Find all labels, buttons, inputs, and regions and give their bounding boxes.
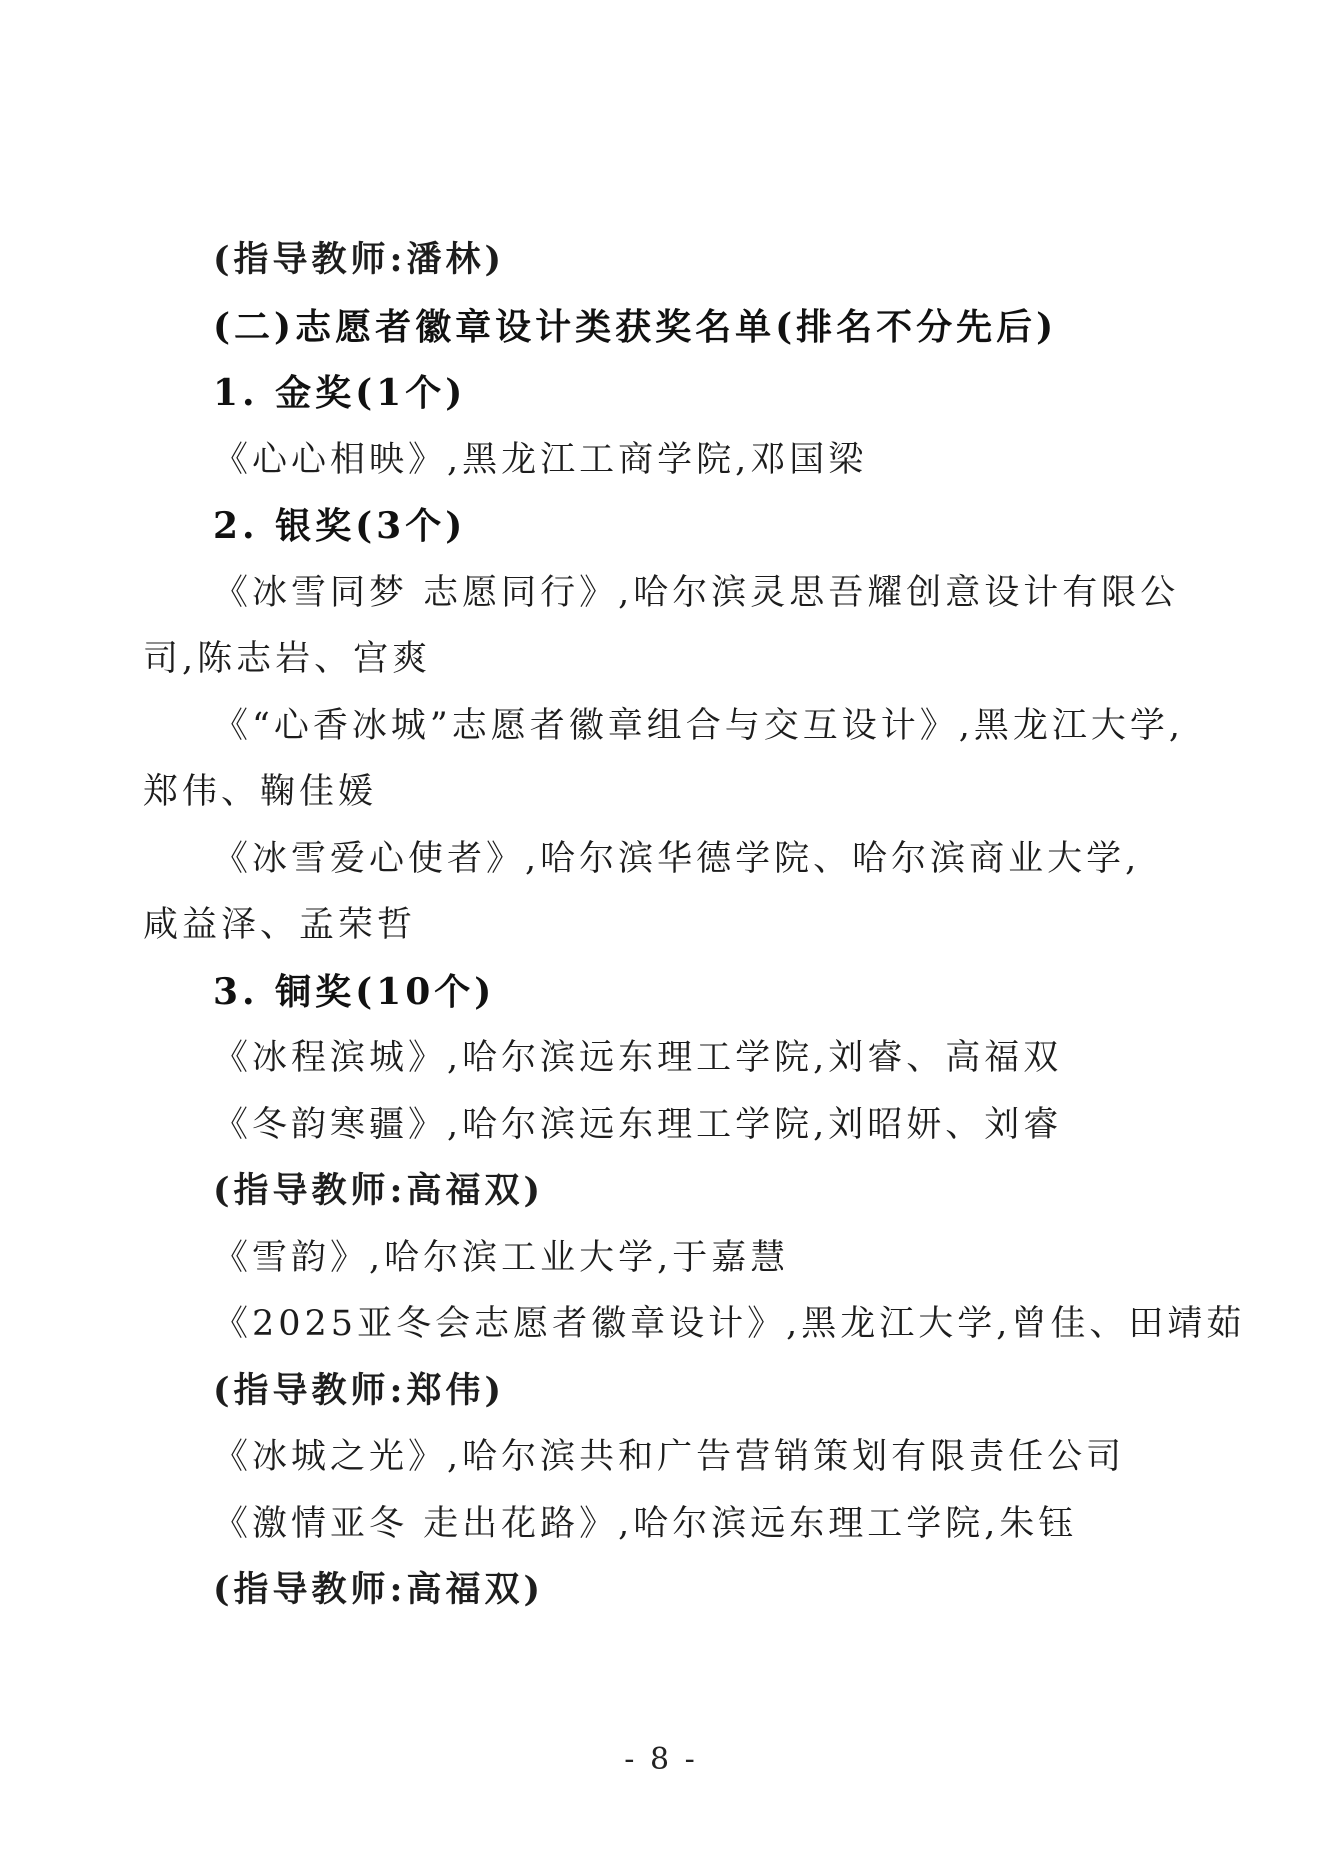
award-entry: 《冰雪同梦 志愿同行》,哈尔滨灵思吾耀创意设计有限公 (143, 560, 1197, 627)
award-entry: 《冬韵寒疆》,哈尔滨远东理工学院,刘昭妍、刘睿 (143, 1092, 1197, 1159)
bronze-award-heading: 3. 铜奖(10个) (143, 959, 1197, 1026)
award-entry: 《冰雪爱心使者》,哈尔滨华德学院、哈尔滨商业大学, (143, 826, 1197, 893)
award-entry: 《“心香冰城”志愿者徽章组合与交互设计》,黑龙江大学, (143, 693, 1197, 760)
award-entry: 《冰城之光》,哈尔滨共和广告营销策划有限责任公司 (143, 1424, 1197, 1491)
document-page: (指导教师:潘林) (二)志愿者徽章设计类获奖名单(排名不分先后) 1. 金奖(… (0, 0, 1322, 1870)
instructor-note: (指导教师:郑伟) (143, 1358, 1197, 1425)
gold-award-heading: 1. 金奖(1个) (143, 360, 1197, 427)
instructor-note: (指导教师:高福双) (143, 1158, 1197, 1225)
award-entry: 《激情亚冬 走出花路》,哈尔滨远东理工学院,朱钰 (143, 1491, 1197, 1558)
instructor-note: (指导教师:潘林) (143, 227, 1197, 294)
instructor-note: (指导教师:高福双) (143, 1557, 1197, 1624)
award-entry: 《雪韵》,哈尔滨工业大学,于嘉慧 (143, 1225, 1197, 1292)
page-number: - 8 - (0, 1742, 1322, 1777)
award-entry: 《心心相映》,黑龙江工商学院,邓国梁 (143, 427, 1197, 494)
award-entry-continuation: 咸益泽、孟荣哲 (143, 892, 1197, 959)
award-entry: 《冰程滨城》,哈尔滨远东理工学院,刘睿、高福双 (143, 1025, 1197, 1092)
award-entry-continuation: 郑伟、鞠佳媛 (143, 759, 1197, 826)
award-entry: 《2025亚冬会志愿者徽章设计》,黑龙江大学,曾佳、田靖茹 (143, 1291, 1197, 1358)
page-body: (指导教师:潘林) (二)志愿者徽章设计类获奖名单(排名不分先后) 1. 金奖(… (143, 227, 1197, 1624)
silver-award-heading: 2. 银奖(3个) (143, 493, 1197, 560)
award-entry-continuation: 司,陈志岩、宫爽 (143, 626, 1197, 693)
section-heading: (二)志愿者徽章设计类获奖名单(排名不分先后) (143, 294, 1197, 361)
